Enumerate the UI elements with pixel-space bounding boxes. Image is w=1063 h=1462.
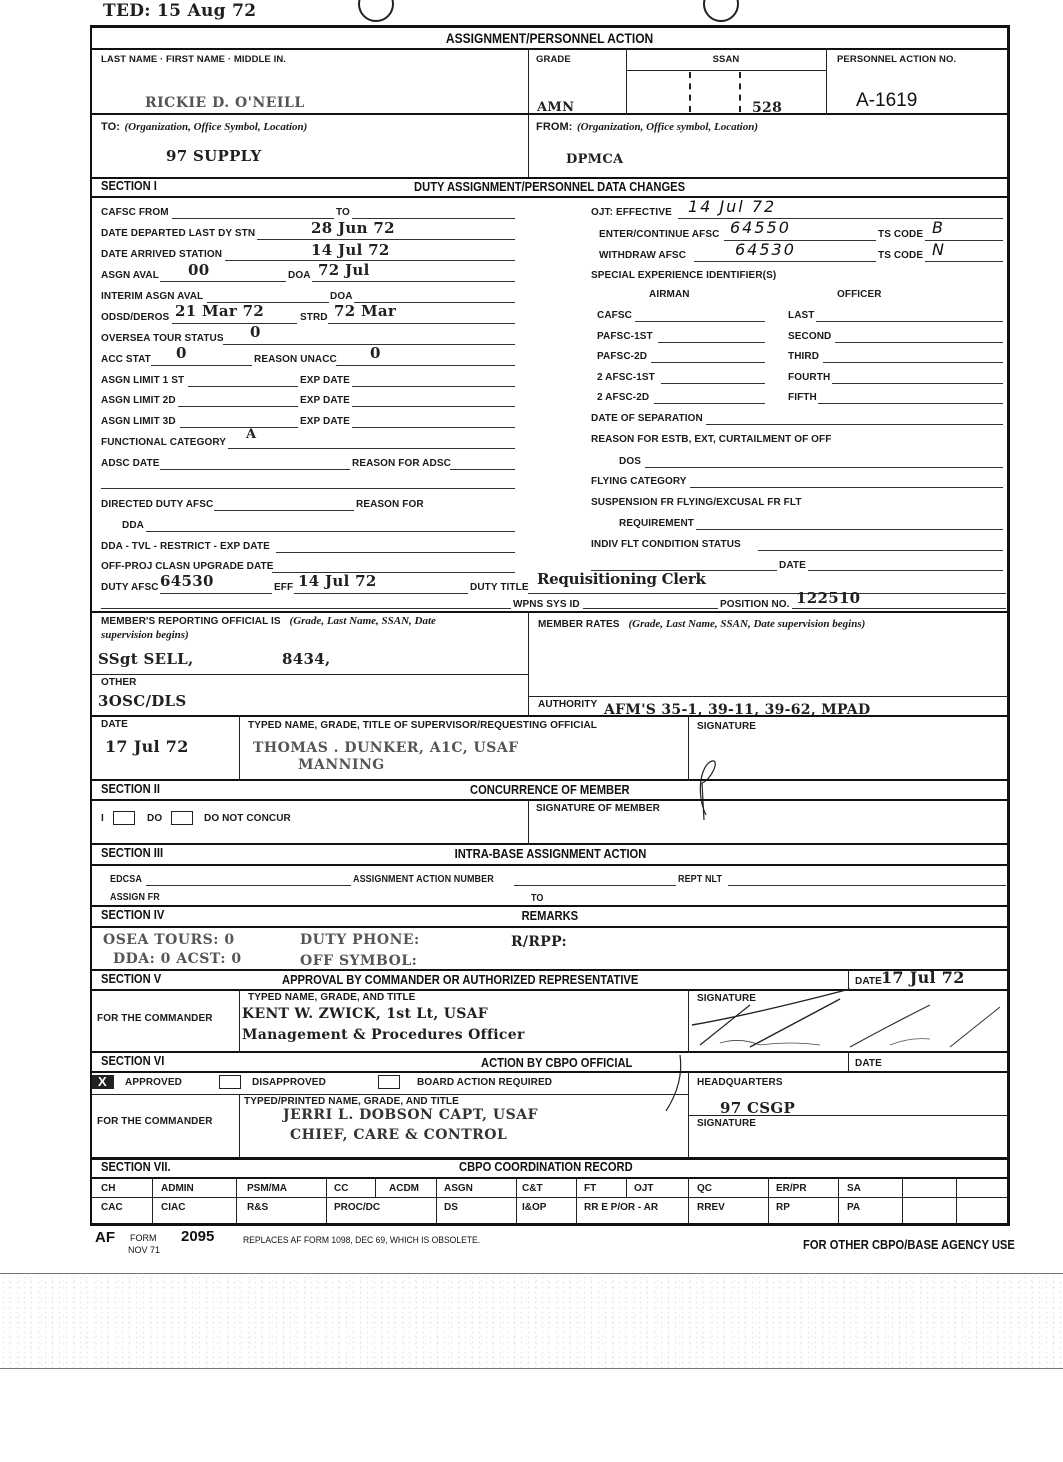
- date-of-separation-label: DATE OF SEPARATION: [591, 413, 703, 424]
- to-label: TO:: [101, 121, 120, 133]
- supervisor-date-value: 17 Jul 72: [105, 737, 189, 756]
- sei-fifth-label: FIFTH: [788, 392, 817, 403]
- footer-nov71: NOV 71: [128, 1245, 160, 1255]
- approved-checkbox[interactable]: [92, 1075, 114, 1089]
- coord-cell-rp[interactable]: RP: [776, 1202, 790, 1213]
- cafsc-to-label: TO: [336, 207, 350, 218]
- divider: [236, 1177, 237, 1223]
- reporting-official-label-wrap: MEMBER'S REPORTING OFFICIAL IS (Grade, L…: [101, 614, 436, 641]
- duty-title-field[interactable]: [528, 593, 1006, 594]
- duty-afsc-field[interactable]: [160, 593, 272, 594]
- commander-signature-mark: [690, 985, 1008, 1053]
- reporting-official-hint: (Grade, Last Name, SSAN, Date: [290, 615, 436, 627]
- exp-date-3-field[interactable]: [352, 427, 515, 428]
- from-label: FROM:: [536, 121, 573, 133]
- other-label: OTHER: [101, 677, 137, 688]
- functional-category-label: FUNCTIONAL CATEGORY: [101, 437, 226, 448]
- odsd-deros-label: ODSD/DEROS: [101, 312, 169, 323]
- sei-label: SPECIAL EXPERIENCE IDENTIFIER(S): [591, 270, 776, 281]
- divider: [688, 989, 689, 1051]
- withdraw-afsc-value: 64530: [735, 240, 796, 259]
- ts-code-1-label: TS CODE: [878, 229, 923, 240]
- divider: [152, 1177, 153, 1223]
- strd-field[interactable]: [328, 323, 515, 324]
- reporting-official-hint-2: supervision begins): [101, 629, 189, 641]
- divider: [239, 715, 240, 779]
- section-2-label: SECTION II: [101, 781, 160, 796]
- divider: [90, 799, 1010, 801]
- board-action-label: BOARD ACTION REQUIRED: [417, 1077, 552, 1088]
- section-6-typed-line2: CHIEF, CARE & CONTROL: [290, 1127, 507, 1143]
- reporting-official-value: SSgt SELL,: [98, 650, 194, 668]
- disapproved-checkbox[interactable]: [219, 1075, 241, 1089]
- wpns-sys-id-field[interactable]: [583, 608, 718, 609]
- punch-hole-icon: [703, 0, 739, 22]
- from-hint: (Organization, Office symbol, Location): [577, 121, 758, 133]
- coord-cell-iop[interactable]: I&OP: [522, 1202, 546, 1213]
- adsc-date-field[interactable]: [160, 469, 350, 470]
- sei-pafsc-2d-field[interactable]: [651, 362, 765, 363]
- disapproved-label: DISAPPROVED: [252, 1077, 326, 1088]
- divider: [90, 715, 1010, 717]
- cbpo-signature-mark: [640, 1053, 700, 1113]
- sei-second-field[interactable]: [835, 342, 1003, 343]
- rept-nlt-field[interactable]: [728, 885, 1006, 886]
- requirement-field[interactable]: [696, 529, 1003, 530]
- section-5-title-wrap: APPROVAL BY COMMANDER OR AUTHORIZED REPR…: [240, 971, 680, 989]
- divider: [90, 113, 1010, 115]
- divider: [902, 1177, 903, 1223]
- section-6-typed-line1: JERRI L. DOBSON CAPT, USAF: [283, 1107, 538, 1123]
- asgn-aval-field[interactable]: [160, 281, 286, 282]
- exp-date-1-field[interactable]: [352, 386, 515, 387]
- coord-cell-ds[interactable]: DS: [444, 1202, 458, 1213]
- name-label: LAST NAME · FIRST NAME · MIDDLE IN.: [101, 54, 286, 65]
- divider: [626, 70, 826, 71]
- acc-stat-field[interactable]: [151, 365, 252, 366]
- authority-label: AUTHORITY: [538, 699, 597, 710]
- dos-field[interactable]: [645, 467, 1003, 468]
- airman-label: AIRMAN: [649, 289, 690, 300]
- form-top-border: [90, 25, 1010, 28]
- edcsa-field[interactable]: [146, 885, 351, 886]
- dda-tvl-field[interactable]: [276, 552, 515, 553]
- other-value: 3OSC/DLS: [98, 692, 187, 710]
- ssan-separator: [739, 72, 741, 112]
- top-date-stamp: TED: 15 Aug 72: [103, 1, 256, 21]
- section-7-label: SECTION VII.: [101, 1159, 171, 1174]
- section-4-label: SECTION IV: [101, 907, 164, 922]
- section-6-typed-label: TYPED/PRINTED NAME, GRADE, AND TITLE: [244, 1096, 459, 1107]
- coord-cell-proc-dc[interactable]: PROC/DC: [334, 1202, 380, 1213]
- divider: [688, 1115, 1008, 1116]
- strd-value: 72 Mar: [334, 302, 396, 320]
- section-6-date-label: DATE: [855, 1058, 882, 1069]
- reason-for-adsc-field-2[interactable]: [101, 488, 515, 489]
- divider: [956, 1177, 957, 1223]
- divider: [826, 48, 827, 114]
- reason-unacc-field[interactable]: [336, 365, 515, 366]
- assign-fr-label: ASSIGN FR: [110, 892, 160, 903]
- reason-estb-label: REASON FOR ESTB, EXT, CURTAILMENT OF OFF: [591, 434, 831, 445]
- requirement-label: REQUIREMENT: [619, 518, 694, 529]
- form-bottom-border: [90, 1223, 1010, 1226]
- section-3-label: SECTION III: [101, 845, 163, 860]
- coord-cell-sa[interactable]: SA: [847, 1183, 861, 1194]
- flying-category-label: FLYING CATEGORY: [591, 476, 687, 487]
- duty-afsc-value: 64530: [160, 572, 214, 590]
- asgn-aval-label: ASGN AVAL: [101, 270, 159, 281]
- divider: [576, 1177, 577, 1223]
- divider: [90, 1094, 688, 1095]
- doa-value: 72 Jul: [318, 261, 370, 279]
- sei-cafsc-field[interactable]: [635, 321, 765, 322]
- reporting-official-extra: 8434,: [282, 650, 330, 668]
- directed-duty-afsc-label: DIRECTED DUTY AFSC: [101, 499, 213, 510]
- rept-nlt-label: REPT NLT: [678, 874, 722, 885]
- asgn-aval-value: 00: [188, 261, 209, 279]
- section-4-title-wrap: REMARKS: [330, 907, 770, 925]
- to-label-wrap: TO: (Organization, Office Symbol, Locati…: [101, 117, 307, 135]
- remarks-line1-a: OSEA TOURS: 0: [103, 932, 235, 948]
- scan-edge: [0, 1273, 1063, 1274]
- divider: [688, 1177, 689, 1223]
- footer-other-use: FOR OTHER CBPO/BASE AGENCY USE: [803, 1237, 1015, 1252]
- assignment-action-number-field[interactable]: [514, 885, 676, 886]
- duty-title-label: DUTY TITLE: [470, 582, 529, 593]
- oversea-tour-status-label: OVERSEA TOUR STATUS: [101, 333, 224, 344]
- sei-third-field[interactable]: [823, 362, 1003, 363]
- section-6-for-commander: FOR THE COMMANDER: [97, 1116, 213, 1127]
- section-2-title-wrap: CONCURRENCE OF MEMBER: [330, 781, 770, 799]
- name-value: RICKIE D. O'NEILL: [145, 95, 305, 111]
- sei-pafsc-2d-label: PAFSC-2D: [597, 351, 647, 362]
- scan-noise: [0, 1275, 1063, 1368]
- divider: [90, 674, 528, 675]
- divider: [239, 1094, 240, 1157]
- divider: [688, 715, 689, 779]
- ojt-effective-field[interactable]: [678, 218, 1003, 219]
- divider: [528, 611, 529, 715]
- sei-third-label: THIRD: [788, 351, 819, 362]
- coord-cell-acdm[interactable]: ACDM: [389, 1183, 419, 1194]
- coord-cell-ct[interactable]: C&T: [522, 1183, 543, 1194]
- dda-tvl-label: DDA - TVL - RESTRICT - EXP DATE: [101, 541, 270, 552]
- form-title-wrap: ASSIGNMENT/PERSONNEL ACTION: [90, 30, 1010, 48]
- date-arrived-value: 14 Jul 72: [311, 241, 390, 259]
- coord-cell-ciac[interactable]: CIAC: [161, 1202, 185, 1213]
- coord-cell-rrev[interactable]: RREV: [697, 1202, 725, 1213]
- ojt-effective-value: 14 Jul 72: [688, 197, 776, 216]
- eff-value: 14 Jul 72: [298, 572, 377, 590]
- indiv-flt-label: INDIV FLT CONDITION STATUS: [591, 539, 741, 550]
- date-departed-value: 28 Jun 72: [311, 219, 395, 237]
- divider: [848, 1051, 849, 1071]
- strd-label: STRD: [300, 312, 328, 323]
- section-5-typed-line2: Management & Procedures Officer: [242, 1027, 525, 1043]
- divider: [528, 799, 529, 844]
- asgn-limit-3d-field[interactable]: [180, 427, 298, 428]
- from-value: DPMCA: [566, 152, 623, 167]
- duty-title-value: Requisitioning Clerk: [537, 570, 706, 588]
- sei-second-label: SECOND: [788, 331, 831, 342]
- sei-last-label: LAST: [788, 310, 815, 321]
- coord-cell-rrep[interactable]: RR E P/OR - AR: [584, 1202, 658, 1213]
- reason-for-label: REASON FOR: [356, 499, 424, 510]
- ts-code-2-value: N: [932, 240, 946, 259]
- personnel-action-no-label: PERSONNEL ACTION NO.: [837, 54, 956, 65]
- doa2-label: DOA: [330, 291, 353, 302]
- directed-duty-afsc-field[interactable]: [214, 510, 354, 511]
- reason-unacc-label: REASON UNACC: [254, 354, 337, 365]
- sei-2afsc-1st-field[interactable]: [661, 383, 765, 384]
- divider: [90, 48, 1010, 50]
- divider: [90, 611, 1010, 613]
- divider: [516, 1177, 517, 1223]
- ssan-label: SSAN: [626, 54, 826, 65]
- adsc-date-label: ADSC DATE: [101, 458, 160, 469]
- divider: [768, 1177, 769, 1223]
- section-6-signature-label: SIGNATURE: [697, 1118, 756, 1129]
- concur-do-not-label: DO NOT CONCUR: [204, 813, 291, 824]
- coord-cell-ch[interactable]: CH: [101, 1183, 115, 1194]
- supervisor-typed-name-line1: THOMAS . DUNKER, A1C, USAF: [253, 740, 519, 756]
- grade-label: GRADE: [536, 54, 571, 65]
- divider: [90, 926, 1010, 928]
- form-title: ASSIGNMENT/PERSONNEL ACTION: [446, 30, 653, 46]
- punch-hole-icon: [358, 0, 394, 22]
- member-rates-label: MEMBER RATES: [538, 619, 620, 630]
- coord-cell-cac[interactable]: CAC: [101, 1202, 123, 1213]
- supervisor-typed-name-label: TYPED NAME, GRADE, TITLE OF SUPERVISOR/R…: [248, 720, 597, 731]
- divider: [90, 196, 1010, 198]
- divider: [326, 1177, 327, 1223]
- section-5-label: SECTION V: [101, 971, 161, 986]
- section-4-title: REMARKS: [522, 908, 579, 923]
- divider: [375, 1177, 376, 1197]
- withdraw-afsc-field[interactable]: [694, 261, 876, 262]
- acc-stat-value: 0: [176, 344, 187, 362]
- asgn-limit-1st-field[interactable]: [188, 386, 298, 387]
- exp-date-2-field[interactable]: [352, 406, 515, 407]
- section-1-title: DUTY ASSIGNMENT/PERSONNEL DATA CHANGES: [414, 179, 685, 194]
- sei-cafsc-label: CAFSC: [597, 310, 632, 321]
- functional-category-field[interactable]: [228, 448, 515, 449]
- remarks-line1-b: DUTY PHONE:: [300, 932, 420, 948]
- divider: [90, 1051, 1010, 1053]
- section-5-for-commander: FOR THE COMMANDER: [97, 1013, 213, 1024]
- oversea-tour-status-field[interactable]: [223, 344, 515, 345]
- edcsa-label: EDCSA: [110, 874, 142, 885]
- supervisor-signature-label: SIGNATURE: [697, 721, 756, 732]
- eff-field[interactable]: [294, 593, 468, 594]
- duty-afsc-label: DUTY AFSC: [101, 582, 159, 593]
- sei-pafsc-1st-field[interactable]: [658, 342, 765, 343]
- sei-fourth-field[interactable]: [832, 383, 1003, 384]
- member-rates-label-wrap: MEMBER RATES (Grade, Last Name, SSAN, Da…: [538, 614, 865, 632]
- supervisor-typed-name-line2: MANNING: [298, 757, 385, 773]
- headquarters-label: HEADQUARTERS: [697, 1077, 783, 1088]
- reporting-official-label: MEMBER'S REPORTING OFFICIAL IS: [101, 616, 281, 627]
- asgn-limit-1st-label: ASGN LIMIT 1 ST: [101, 375, 184, 386]
- indiv-flt-field[interactable]: [758, 550, 1003, 551]
- indiv-flt-date-label: DATE: [779, 560, 806, 571]
- sei-fifth-field[interactable]: [818, 403, 1003, 404]
- dda-field[interactable]: [146, 531, 515, 532]
- approved-label: APPROVED: [125, 1077, 182, 1088]
- ojt-effective-label: OJT: EFFECTIVE: [591, 207, 672, 218]
- footer-af: AF: [95, 1229, 115, 1246]
- remarks-line2-b: OFF SYMBOL:: [300, 953, 417, 969]
- asgn-limit-2d-field[interactable]: [178, 406, 298, 407]
- odsd-deros-value: 21 Mar 72: [175, 302, 264, 320]
- footer-form-number: 2095: [181, 1228, 214, 1245]
- divider: [626, 1177, 627, 1197]
- coord-cell-rs[interactable]: R&S: [247, 1202, 268, 1213]
- section-3-title: INTRA-BASE ASSIGNMENT ACTION: [454, 846, 646, 861]
- section-6-title: ACTION BY CBPO OFFICIAL: [481, 1055, 632, 1070]
- sei-fourth-label: FOURTH: [788, 372, 830, 383]
- concur-do-checkbox[interactable]: [113, 811, 135, 825]
- dda-label: DDA: [122, 520, 144, 531]
- to-hint: (Organization, Office Symbol, Location): [125, 121, 308, 133]
- divider: [239, 989, 240, 1051]
- asgn-limit-2d-label: ASGN LIMIT 2D: [101, 395, 176, 406]
- coord-cell-ojt[interactable]: OJT: [634, 1183, 653, 1194]
- reason-unacc-value: 0: [370, 344, 381, 362]
- acc-stat-label: ACC STAT: [101, 354, 151, 365]
- divider: [436, 1177, 437, 1223]
- indiv-flt-field-2[interactable]: [591, 570, 777, 571]
- coord-cell-qc[interactable]: QC: [697, 1183, 712, 1194]
- footer-form: FORM: [130, 1233, 157, 1243]
- ts-code-1-value: B: [932, 218, 945, 237]
- ts-code-2-field[interactable]: [925, 261, 1003, 262]
- divider: [90, 1071, 1010, 1073]
- oversea-tour-status-value: 0: [250, 323, 261, 341]
- concur-do-label: DO: [147, 813, 162, 824]
- date-of-separation-field[interactable]: [706, 424, 1003, 425]
- to-value: 97 SUPPLY: [166, 147, 262, 165]
- section-1-label: SECTION I: [101, 178, 157, 193]
- divider: [90, 864, 1010, 866]
- position-no-label: POSITION NO.: [720, 599, 790, 610]
- position-no-field[interactable]: [792, 608, 1006, 609]
- exp-date-1-label: EXP DATE: [300, 375, 350, 386]
- date-arrived-label: DATE ARRIVED STATION: [101, 249, 222, 260]
- asgn-limit-3d-label: ASGN LIMIT 3D: [101, 416, 176, 427]
- section-3-title-wrap: INTRA-BASE ASSIGNMENT ACTION: [330, 845, 770, 863]
- date-arrived-field[interactable]: [225, 260, 515, 261]
- enter-continue-afsc-value: 64550: [730, 218, 791, 237]
- divider: [90, 1197, 1010, 1198]
- doa-label: DOA: [288, 270, 311, 281]
- form-left-border: [90, 25, 92, 1225]
- scan-edge: [0, 1368, 1063, 1369]
- divider: [528, 696, 1008, 697]
- wpns-sys-id-label: WPNS SYS ID: [513, 599, 580, 610]
- supervisor-date-label: DATE: [101, 719, 128, 730]
- eff-label: EFF: [274, 582, 293, 593]
- personnel-action-no-value: A-1619: [856, 90, 917, 112]
- from-label-wrap: FROM: (Organization, Office symbol, Loca…: [536, 117, 758, 135]
- section-7-title: CBPO COORDINATION RECORD: [459, 1159, 633, 1174]
- cafsc-from-field[interactable]: [172, 218, 334, 219]
- sei-2afsc-1st-label: 2 AFSC-1ST: [597, 372, 655, 383]
- section-5-title: APPROVAL BY COMMANDER OR AUTHORIZED REPR…: [282, 972, 638, 987]
- assign-to-label: TO: [531, 893, 544, 904]
- coord-cell-cc[interactable]: CC: [334, 1183, 348, 1194]
- section-2-title: CONCURRENCE OF MEMBER: [470, 782, 630, 797]
- divider: [90, 1177, 1010, 1179]
- interim-asgn-aval-label: INTERIM ASGN AVAL: [101, 291, 203, 302]
- section-5-typed-label: TYPED NAME, GRADE, AND TITLE: [248, 992, 415, 1003]
- dos-label: DOS: [619, 456, 641, 467]
- sei-last-field[interactable]: [816, 321, 1003, 322]
- indiv-flt-date-field[interactable]: [808, 570, 1003, 571]
- off-proj-label: OFF-PROJ CLASN UPGRADE DATE: [101, 561, 274, 572]
- withdraw-afsc-label: WITHDRAW AFSC: [599, 250, 686, 261]
- odsd-deros-field[interactable]: [172, 323, 297, 324]
- position-no-value: 122510: [796, 589, 860, 607]
- date-departed-label: DATE DEPARTED LAST DY STN: [101, 228, 255, 239]
- concur-do-not-checkbox[interactable]: [171, 811, 193, 825]
- functional-category-value: A: [246, 427, 256, 442]
- section-5-typed-line1: KENT W. ZWICK, 1st Lt, USAF: [242, 1006, 488, 1022]
- remarks-line1-c: R/RPP:: [511, 934, 567, 950]
- coord-cell-pa[interactable]: PA: [847, 1202, 860, 1213]
- member-rates-hint: (Grade, Last Name, SSAN, Date supervisio…: [628, 618, 865, 630]
- cafsc-from-label: CAFSC FROM: [101, 207, 169, 218]
- coord-cell-er-pr[interactable]: ER/PR: [776, 1183, 807, 1194]
- reason-for-adsc-label: REASON FOR ADSC: [352, 458, 451, 469]
- suspension-label: SUSPENSION FR FLYING/EXCUSAL FR FLT: [591, 497, 802, 508]
- assignment-action-number-label: ASSIGNMENT ACTION NUMBER: [353, 874, 494, 885]
- coord-cell-asgn[interactable]: ASGN: [444, 1183, 473, 1194]
- sei-2afsc-2d-label: 2 AFSC-2D: [597, 392, 649, 403]
- coord-cell-ft[interactable]: FT: [584, 1183, 596, 1194]
- reason-for-adsc-field[interactable]: [450, 469, 515, 470]
- member-signature-label: SIGNATURE OF MEMBER: [536, 803, 660, 814]
- date-departed-field[interactable]: [257, 239, 515, 240]
- exp-date-3-label: EXP DATE: [300, 416, 350, 427]
- board-action-checkbox[interactable]: [378, 1075, 400, 1089]
- ssan-separator: [689, 72, 691, 112]
- sei-2afsc-2d-field[interactable]: [654, 403, 765, 404]
- coord-cell-admin[interactable]: ADMIN: [161, 1183, 194, 1194]
- enter-continue-afsc-label: ENTER/CONTINUE AFSC: [599, 229, 719, 240]
- doa-field[interactable]: [312, 281, 515, 282]
- ts-code-2-label: TS CODE: [878, 250, 923, 261]
- concur-i-label: I: [101, 813, 104, 824]
- footer-replaces: REPLACES AF FORM 1098, DEC 69, WHICH IS …: [243, 1235, 480, 1245]
- remarks-line2-a: DDA: 0 ACST: 0: [113, 951, 242, 967]
- divider: [838, 1177, 839, 1223]
- section-1-title-wrap: DUTY ASSIGNMENT/PERSONNEL DATA CHANGES: [330, 178, 770, 196]
- flying-category-field[interactable]: [690, 487, 1003, 488]
- exp-date-2-label: EXP DATE: [300, 395, 350, 406]
- officer-label: OFFICER: [837, 289, 882, 300]
- section-6-label: SECTION VI: [101, 1053, 164, 1068]
- coord-cell-psm-ma[interactable]: PSM/MA: [247, 1183, 287, 1194]
- duty-title-field-2[interactable]: [101, 608, 511, 609]
- sei-pafsc-1st-label: PAFSC-1ST: [597, 331, 653, 342]
